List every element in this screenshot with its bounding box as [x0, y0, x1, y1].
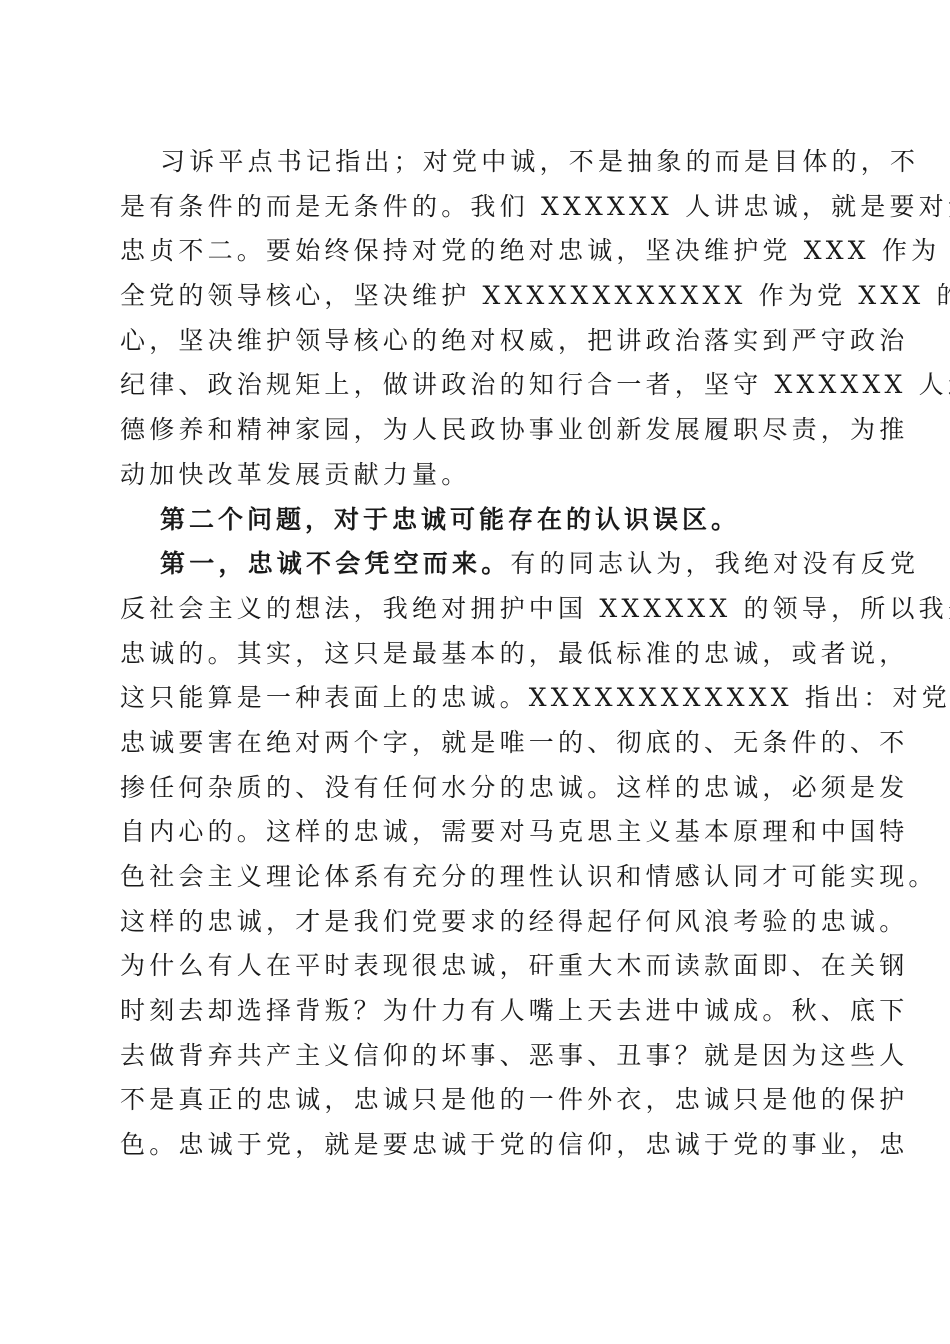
section-heading: 第二个问题，对于忠诚可能存在的认识误区。: [120, 498, 830, 543]
text-line: 第一，忠诚不会凭空而来。有的同志认为，我绝对没有反党: [120, 542, 830, 587]
text-line: 忠诚要害在绝对两个字，就是唯一的、彻底的、无条件的、不: [120, 721, 830, 766]
text-line: 时刻去却选择背叛？为什力有人嘴上天去进中诚成。秋、底下: [120, 989, 830, 1034]
text-line: 去做背弃共产主义信仰的坏事、恶事、丑事？就是因为这些人: [120, 1034, 830, 1079]
text-line: 自内心的。这样的忠诚，需要对马克思主义基本原理和中国特: [120, 810, 830, 855]
paragraph-loyalty-intro: 习诉平点书记指出；对党中诚，不是抽象的而是目体的，不 是有条件的而是无条件的。我…: [120, 140, 830, 498]
text-line: 掺任何杂质的、没有任何水分的忠诚。这样的忠诚，必须是发: [120, 766, 830, 811]
text-line: 动加快改革发展贡献力量。: [120, 453, 830, 498]
paragraph-misconception-one: 第一，忠诚不会凭空而来。有的同志认为，我绝对没有反党 反社会主义的想法，我绝对拥…: [120, 542, 830, 1168]
text-line: 忠诚的。其实，这只是最基本的，最低标准的忠诚，或者说，: [120, 632, 830, 677]
text-line: 全党的领导核心，坚决维护 XXXXXXXXXXXX 作为党 XXX 的领导核: [120, 274, 830, 319]
section-heading-text: 第二个问题，对于忠诚可能存在的认识误区。: [120, 498, 830, 543]
text-line: 习诉平点书记指出；对党中诚，不是抽象的而是目体的，不: [120, 140, 830, 185]
text-line: 这只能算是一种表面上的忠诚。XXXXXXXXXXXX 指出：对党绝对: [120, 676, 830, 721]
text-line: 为什么有人在平时表现很忠诚，矸重大木而读款面即、在关钢: [120, 944, 830, 989]
text-line-rest: 有的同志认为，我绝对没有反党: [510, 549, 919, 578]
text-line: 不是真正的忠诚，忠诚只是他的一件外衣，忠诚只是他的保护: [120, 1078, 830, 1123]
text-line: 德修养和精神家园，为人民政协事业创新发展履职尽责，为推: [120, 408, 830, 453]
text-line: 反社会主义的想法，我绝对拥护中国 XXXXXX 的领导，所以我是: [120, 587, 830, 632]
text-line: 纪律、政治规矩上，做讲政治的知行合一者，坚守 XXXXXX 人道: [120, 363, 830, 408]
document-page: 习诉平点书记指出；对党中诚，不是抽象的而是目体的，不 是有条件的而是无条件的。我…: [120, 140, 830, 1168]
text-line: 色社会主义理论体系有充分的理性认识和情感认同才可能实现。: [120, 855, 830, 900]
text-line: 这样的忠诚，才是我们党要求的经得起仔何风浪考验的忠诚。: [120, 900, 830, 945]
text-line: 心，坚决维护领导核心的绝对权威，把讲政治落实到严守政治: [120, 319, 830, 364]
text-line: 是有条件的而是无条件的。我们 XXXXXX 人讲忠诚，就是要对党: [120, 185, 830, 230]
text-line: 忠贞不二。要始终保持对党的绝对忠诚，坚决维护党 XXX 作为: [120, 229, 830, 274]
paragraph-lead: 第一，忠诚不会凭空而来。: [160, 549, 510, 578]
text-line: 色。忠诚于党，就是要忠诚于党的信仰，忠诚于党的事业，忠: [120, 1123, 830, 1168]
